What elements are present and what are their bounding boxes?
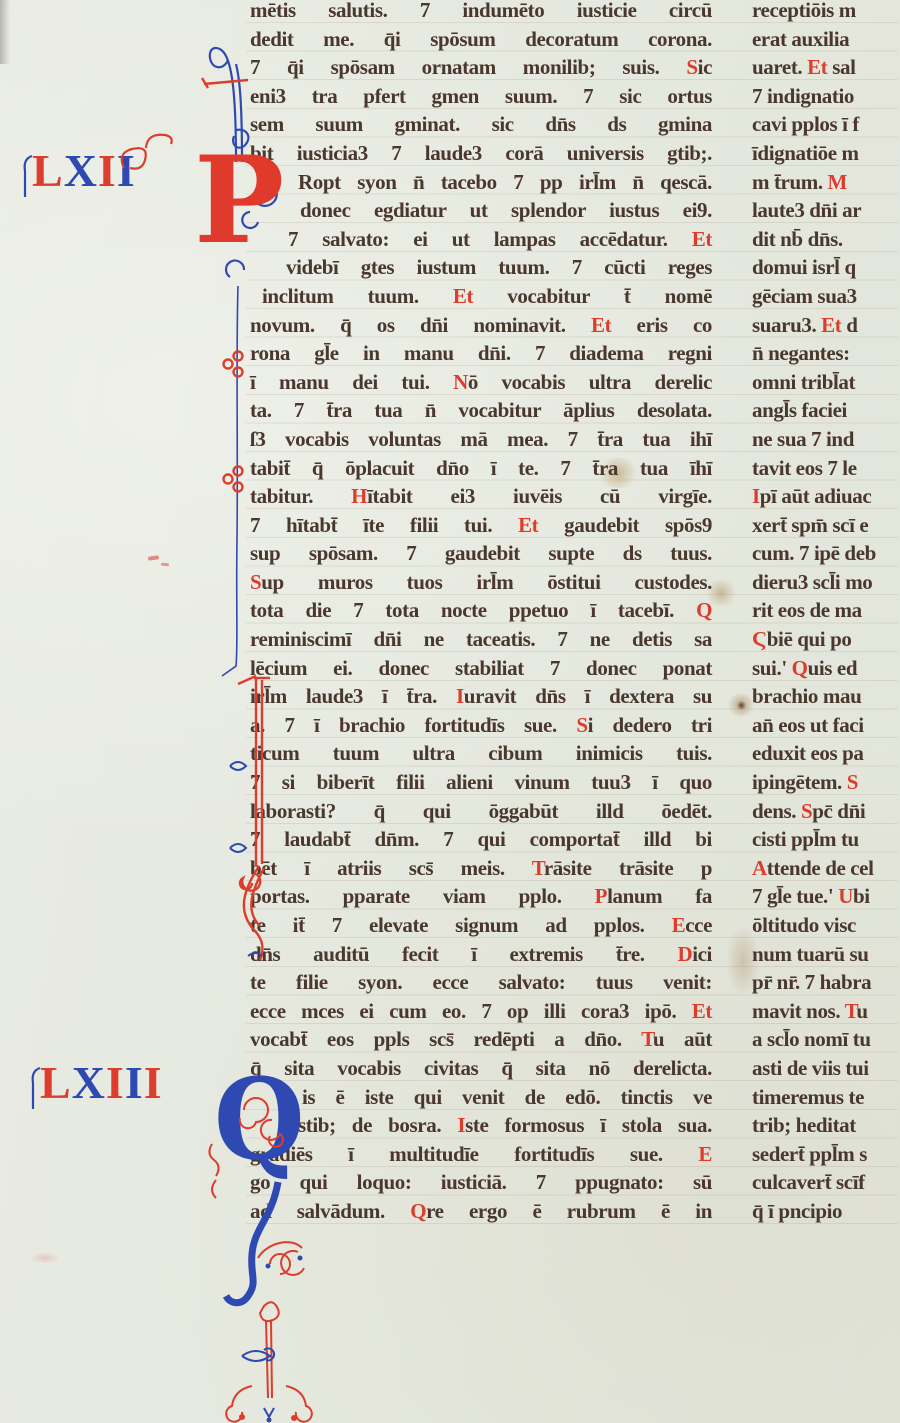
text-line: gēciam sua3 — [752, 282, 900, 311]
text-line: ne sua 7 ind — [752, 425, 900, 454]
initial-q-letter: Q — [214, 1068, 305, 1186]
text-line: laborasti? q̄ qui ōggabūt illd ōedēt. — [250, 797, 712, 826]
chapter-numeral-letter: X — [72, 1060, 106, 1106]
text-line: tabitur. Hītabit ei3 iuvēis cū virgīe. — [250, 482, 712, 511]
text-line: donec egdiatur ut splendor iustus ei9. — [250, 196, 712, 225]
text-line: asti de viis tui — [752, 1054, 900, 1083]
chapter-numeral-letter: I — [98, 148, 117, 194]
chapter-number-63: LXIII — [40, 1060, 163, 1106]
text-line: vocabt̄ eos ppls scs̄ redēpti a dn̄o. Tu… — [250, 1025, 712, 1054]
text-line: dens. Spc̄ dn̄i — [752, 797, 900, 826]
page-edge-shadow — [0, 0, 10, 64]
chapter-62-red-swash — [116, 124, 180, 182]
text-line: Attende de cel — [752, 854, 900, 883]
text-line: 7 q̄i spōsam ornatam monilib; suis. Sic — [250, 53, 712, 82]
text-line: reminiscimī dn̄i ne taceatis. 7 ne detis… — [250, 625, 712, 654]
text-line: an̄ eos ut faci — [752, 711, 900, 740]
chapter-numeral-letter: L — [40, 1060, 72, 1106]
text-line: m t̄rum. M — [752, 168, 900, 197]
text-line: pr̄ nr̄. 7 habra — [752, 968, 900, 997]
text-line: lēcium ei. donec stabiliat 7 donec ponat — [250, 654, 712, 683]
text-line: portas. pparate viam pplo. Planum fa — [250, 882, 712, 911]
text-line: sem suum gminat. sic dn̄s ds gmina — [250, 110, 712, 139]
text-line: novum. q̄ os dn̄i nominavit. Et eris co — [250, 311, 712, 340]
text-line: a scl̄o nomī tu — [752, 1025, 900, 1054]
text-line: eduxit eos pa — [752, 739, 900, 768]
text-line: timeremus te — [752, 1083, 900, 1112]
main-text-column: mētis salutis. 7 indumēto iusticie circū… — [250, 0, 712, 1226]
text-line: inclitum tuum. Et vocabitur t̄ nomē — [250, 282, 712, 311]
text-line: Ropt syon n̄ tacebo 7 pp irl̄m n̄ qescā. — [250, 168, 712, 197]
text-line: ſ3 vocabis voluntas mā mea. 7 t̄ra tua i… — [250, 425, 712, 454]
text-line: cavi pplos ī f — [752, 110, 900, 139]
text-line: erat auxilia — [752, 25, 900, 54]
text-line: omni tribl̄at — [752, 368, 900, 397]
text-line: rit eos de ma — [752, 596, 900, 625]
text-line: brachio mau — [752, 682, 900, 711]
text-line: domui isrl̄ q — [752, 253, 900, 282]
q-tail-blue — [226, 1182, 278, 1417]
text-line: bit iusticia3 7 laude3 corā universis gt… — [250, 139, 712, 168]
manuscript-page: { "page": { "kind": "Medieval manuscript… — [0, 0, 900, 1423]
text-line: Sup muros tuos irl̄m ōstitui custodes. — [250, 568, 712, 597]
chapter-numeral-letter: I — [125, 1060, 144, 1106]
chapter-62-lead-flourish — [20, 150, 36, 202]
parchment-stain — [737, 701, 746, 710]
text-line: 7 gl̄e tue.' Ubi — [752, 882, 900, 911]
text-line: a. 7 ī brachio fortitudīs sue. Si dedero… — [250, 711, 712, 740]
text-line: n̄ negantes: — [752, 339, 900, 368]
red-pen-mark — [148, 555, 159, 560]
text-line: eni3 tra pfert gmen suum. 7 sic ortus — [250, 82, 712, 111]
text-line: xert̄ spm̄ scī e — [752, 511, 900, 540]
text-line: te it̄ 7 elevate signum ad pplos. Ecce — [250, 911, 712, 940]
text-line: sedert̄ ppl̄m s — [752, 1140, 900, 1169]
chapter-numeral-letter: X — [64, 148, 98, 194]
right-text-column: receptiōis merat auxiliauaret. Et sal7 i… — [752, 0, 900, 1226]
chapter-63-lead-flourish — [28, 1062, 44, 1114]
parchment-stain — [30, 1252, 60, 1264]
text-line: tabit̄ q̄ ōplacuit dn̄o ī te. 7 t̄ra tua… — [250, 454, 712, 483]
text-line: bēt ī atriis scs̄ meis. Trāsite trāsite … — [250, 854, 712, 883]
text-line: 7 si biberīt filii alieni vinum tuu3 ī q… — [250, 768, 712, 797]
text-line: rona gl̄e in manu dn̄i. 7 diadema regni — [250, 339, 712, 368]
text-line: trib; heditat — [752, 1111, 900, 1140]
text-line: laute3 dn̄i ar — [752, 196, 900, 225]
text-line: Ϛbiē qui po — [752, 625, 900, 654]
text-line: irl̄m laude3 ī t̄ra. Iuravit dn̄s ī dext… — [250, 682, 712, 711]
text-line: Ipī aūt adiuac — [752, 482, 900, 511]
text-line: tavit eos 7 le — [752, 454, 900, 483]
text-line: sup spōsam. 7 gaudebit supte ds tuus. — [250, 539, 712, 568]
text-line: ōltitudo visc — [752, 911, 900, 940]
text-line: num tuarū su — [752, 940, 900, 969]
text-line: cisti ppl̄m tu — [752, 825, 900, 854]
text-line: 7 salvato: ei ut lampas accēdatur. Et — [250, 225, 712, 254]
text-line: mētis salutis. 7 indumēto iusticie circū — [250, 0, 712, 25]
chapter-numeral-letter: I — [106, 1060, 125, 1106]
text-line: mavit nos. Tu — [752, 997, 900, 1026]
initial-q-ornament: Q — [206, 1068, 334, 1423]
text-line: culcavert̄ scīf — [752, 1168, 900, 1197]
chapter-numeral-letter: I — [144, 1060, 163, 1106]
text-line: cum. 7 ipē deb — [752, 539, 900, 568]
text-line: uaret. Et sal — [752, 53, 900, 82]
initial-p-letter: P — [194, 130, 284, 271]
text-line: tota die 7 tota nocte ppetuo ī tacebī. Q — [250, 596, 712, 625]
chapter-numeral-letter: L — [32, 148, 64, 194]
text-line: te filie syon. ecce salvato: tuus venit: — [250, 968, 712, 997]
text-line: dedit me. q̄i spōsum decoratum corona. — [250, 25, 712, 54]
text-line: angl̄s faciei — [752, 396, 900, 425]
text-line: suaru3. Et d — [752, 311, 900, 340]
text-line: sui.' Quis ed — [752, 654, 900, 683]
text-line: 7 hītabt̄ īte filii tui. Et gaudebit spō… — [250, 511, 712, 540]
text-line: dit nb̄ dn̄s. — [752, 225, 900, 254]
text-line: ecce mces ei cum eo. 7 op illi cora3 ipō… — [250, 997, 712, 1026]
text-line: videbī gtes iustum tuum. 7 cūcti reges — [250, 253, 712, 282]
text-line: 7 laudabt̄ dn̄m. 7 qui comportat̄ illd b… — [250, 825, 712, 854]
red-pen-mark — [161, 563, 169, 567]
text-line: receptiōis m — [752, 0, 900, 25]
text-line: q̄ ī pncipio — [752, 1197, 900, 1226]
text-line: ticum tuum ultra cibum inimicis tuis. — [250, 739, 712, 768]
text-line: ī manu dei tui. Nō vocabis ultra derelic — [250, 368, 712, 397]
initial-i-ornament — [224, 668, 280, 964]
text-line: īdignatiōe m — [752, 139, 900, 168]
text-line: dn̄s auditū fecit ī extremis t̄re. Dici — [250, 940, 712, 969]
text-line: 7 indignatio — [752, 82, 900, 111]
text-line: ipingētem. S — [752, 768, 900, 797]
initial-p-ornament: P — [192, 34, 302, 684]
text-line: ta. 7 t̄ra tua n̄ vocabitur āplius desol… — [250, 396, 712, 425]
text-line: dieru3 scl̄i mo — [752, 568, 900, 597]
